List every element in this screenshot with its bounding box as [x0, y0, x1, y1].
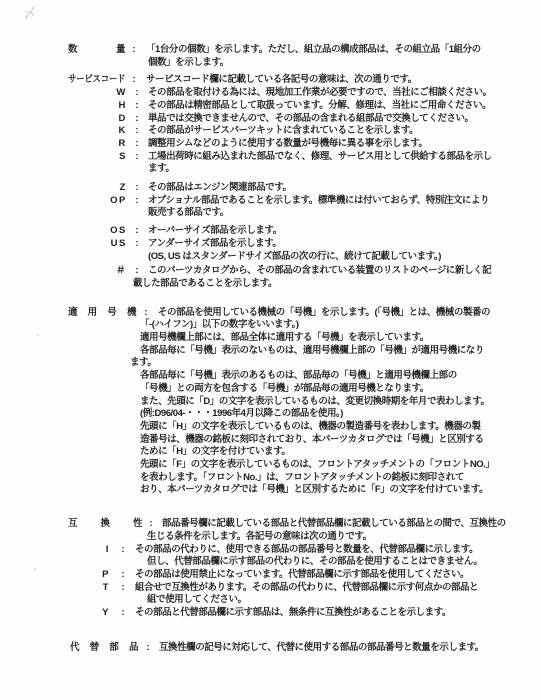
- text-line: 各部品毎に「号機」表示のあるものは、部品毎の「号機」と適用号機欄上部の: [140, 370, 457, 382]
- doc-line-41: Y:その部品と代替部品欄に示す部品は、無条件に互換性があることを示します。: [0, 607, 541, 620]
- text-line: (例:D96/04-・・・1996年4月以降この部品を使用。): [140, 408, 343, 420]
- doc-line-32: を表わします。「フロントNo.」は、フロントアタッチメントの銘板に刻印されて: [0, 472, 541, 485]
- colon-separator: :: [134, 225, 140, 237]
- doc-line-13: 販売する部品です。: [0, 207, 541, 220]
- section-label-interchangeability: 互換性: [68, 518, 142, 530]
- code-symbol: Z: [94, 182, 127, 194]
- text-line: その部品がサービスパーツキットに含まれていることを示します。: [148, 125, 418, 137]
- doc-line-9: S:工場出荷時に組み込まれた部品でなく、修理、サービス用として供給する部品を示し: [0, 151, 541, 164]
- code-symbol: D: [94, 113, 127, 125]
- code-symbol: OP: [94, 195, 127, 207]
- doc-line-40: 組で使用してください。: [0, 594, 541, 607]
- text-line: 造番号は、機器の銘板に刻印されており、本パーツカタログでは「号機」と区別する: [140, 434, 484, 446]
- doc-line-29: 造番号は、機器の銘板に刻印されており、本パーツカタログでは「号機」と区別する: [0, 434, 541, 447]
- text-line: 組合せで互換性があります。その部品の代わりに、代替部品欄に示す何点かの部品と: [135, 582, 478, 594]
- text-line: 先頭に「H」の文字を表示しているものは、機器の製造番号を表わします。機器の製: [140, 421, 481, 433]
- doc-line-21: 適用号機欄上部には、部品全体に適用する「号機」を表示しています。: [0, 332, 541, 345]
- code-symbol: Y: [97, 607, 110, 619]
- doc-line-19: 適用号機:その部品を使用している機械の「号機」を示します。(「号機」とは、機械の…: [0, 307, 541, 320]
- doc-line-3: サービスコード:サービスコード欄に記載している各記号の意味は、次の通りです。: [0, 74, 541, 87]
- section-label-substitute-parts: 代替部品: [70, 642, 138, 654]
- text-line: (OS, US はスタンダードサイズ部品の次の行に、続けて記載しています。): [148, 251, 441, 263]
- code-symbol: R: [94, 138, 127, 150]
- text-line: 但し、代替部品欄に示す部品の代わりに、その部品を使用することはできません。: [147, 556, 482, 568]
- doc-line-27: (例:D96/04-・・・1996年4月以降この部品を使用。): [0, 408, 541, 421]
- text-line: その部品は精密部品として取扱っています。分解、修理は、当社にご用命ください。: [148, 100, 491, 112]
- text-line: 単品では交換できませんので、その部品の含まれる組部品で交換してください。: [148, 113, 474, 125]
- text-line: 調整用シムなどのように使用する数量が号機毎に異る事を示します。: [148, 138, 427, 150]
- doc-line-30: ために「H」の文字を付けています。: [0, 446, 541, 459]
- text-line: ます。: [130, 357, 156, 369]
- text-line: その部品の代わりに、使用できる部品の部品番号と数量を、代替部品欄に示します。: [135, 544, 478, 556]
- code-symbol: OS: [94, 225, 127, 237]
- text-line: このパーツカタログから、その部品の含まれている装置のリストのページに新しく記: [148, 265, 491, 277]
- doc-line-4: W:その部品を取付ける為には、現地加工作業が必要ですので、当社にご相談ください。: [0, 87, 541, 100]
- doc-line-18: 載した部品であることを示します。: [0, 278, 541, 291]
- doc-line-36: I:その部品の代わりに、使用できる部品の部品番号と数量を、代替部品欄に示します。: [0, 544, 541, 557]
- text-line: アンダーサイズ部品を示します。: [148, 238, 281, 250]
- colon-separator: :: [134, 182, 140, 194]
- colon-separator: :: [131, 74, 137, 86]
- colon-separator: :: [134, 125, 140, 137]
- doc-line-8: R:調整用シムなどのように使用する数量が号機毎に異る事を示します。: [0, 138, 541, 151]
- doc-line-7: K:その部品がサービスパーツキットに含まれていることを示します。: [0, 125, 541, 138]
- code-symbol: W: [94, 87, 127, 99]
- section-label-applicable-serial: 適用号機: [68, 307, 136, 319]
- doc-line-26: また、先頭に「D」の文字を表示しているものは、変更切換時期を年月で表わします。: [0, 396, 541, 409]
- doc-line-34: 互換性:部品番号欄に記載している部品と代替部品欄に記載している部品との間で、互換…: [0, 518, 541, 531]
- colon-separator: :: [120, 569, 126, 581]
- colon-separator: :: [120, 582, 126, 594]
- text-line: 先頭に「F」の文字を表示しているものは、フロントアタッチメントの「フロントNO.…: [140, 459, 494, 471]
- doc-line-11: Z:その部品はエンジン関連部品です。: [0, 182, 541, 195]
- text-line: ます。: [148, 163, 174, 175]
- code-symbol: K: [94, 125, 127, 137]
- text-line: その部品を取付ける為には、現地加工作業が必要ですので、当社にご相談ください。: [148, 87, 492, 99]
- doc-line-35: 生じる条件を示します。各記号の意味は次の通りです。: [0, 531, 541, 544]
- colon-separator: :: [134, 265, 140, 277]
- doc-line-12: OP:オプショナル部品であることを示します。標準機には付いておらず、特別注文によ…: [0, 195, 541, 208]
- text-line: オーバーサイズ部品を示します。: [148, 225, 282, 237]
- colon-separator: :: [148, 518, 154, 530]
- doc-line-10: ます。: [0, 163, 541, 176]
- code-symbol: P: [97, 569, 110, 581]
- colon-separator: :: [145, 642, 151, 654]
- doc-line-1: 数量:「1台分の個数」を示します。ただし、組立品の構成部品は、その組立品「1組分…: [0, 44, 541, 57]
- colon-separator: :: [134, 100, 140, 112]
- colon-separator: :: [134, 87, 140, 99]
- doc-line-20: 「-(ハイフン)」以下の数字をいいます。): [0, 319, 541, 332]
- code-symbol: T: [97, 582, 110, 594]
- text-line: サービスコード欄に記載している各記号の意味は、次の通りです。: [146, 74, 417, 86]
- text-line: その部品はエンジン関連部品です。: [148, 182, 292, 194]
- colon-separator: :: [134, 138, 140, 150]
- colon-separator: :: [134, 195, 140, 207]
- text-line: 「-(ハイフン)」以下の数字をいいます。): [140, 319, 299, 331]
- text-line: また、先頭に「D」の文字を表示しているものは、変更切換時期を年月で表わします。: [140, 396, 490, 408]
- text-line: 販売する部品です。: [148, 207, 229, 219]
- colon-separator: :: [120, 544, 126, 556]
- text-line: 工場出荷時に組み込まれた部品でなく、修理、サービス用として供給する部品を示し: [148, 151, 492, 163]
- document-page: 〆 数量:「1台分の個数」を示します。ただし、組立品の構成部品は、その組立品「1…: [0, 0, 541, 700]
- colon-separator: :: [134, 238, 140, 250]
- doc-line-31: 先頭に「F」の文字を表示しているものは、フロントアタッチメントの「フロントNO.…: [0, 459, 541, 472]
- text-line: 部品番号欄に記載している部品と代替部品欄に記載している部品との間で、互換性の: [162, 518, 506, 530]
- text-line: 生じる条件を示します。各記号の意味は次の通りです。: [147, 531, 372, 543]
- text-line: 組で使用してください。: [147, 594, 247, 606]
- code-symbol: I: [97, 544, 110, 556]
- colon-separator: :: [134, 151, 140, 163]
- doc-line-39: T:組合せで互換性があります。その部品の代わりに、代替部品欄に示す何点かの部品と: [0, 582, 541, 595]
- text-line: を表わします。「フロントNo.」は、フロントアタッチメントの銘板に刻印されて: [140, 472, 464, 484]
- doc-line-22: 各部品毎に「号機」表示のないものは、適用号機欄上部の「号機」が適用号機になり: [0, 345, 541, 358]
- text-line: 個数」を示します。: [148, 57, 229, 69]
- colon-separator: :: [134, 113, 140, 125]
- text-line: 「号機」との両方を包含する「号機」が部品毎の適用号機となります。: [140, 383, 429, 395]
- code-symbol: S: [94, 151, 127, 163]
- doc-line-25: 「号機」との両方を包含する「号機」が部品毎の適用号機となります。: [0, 383, 541, 396]
- text-line: 各部品毎に「号機」表示のないものは、適用号機欄上部の「号機」が適用号機になり: [140, 345, 484, 357]
- pen-check-mark: 〆: [22, 2, 38, 23]
- doc-line-17: ＃:このパーツカタログから、その部品の含まれている装置のリストのページに新しく記: [0, 265, 541, 278]
- doc-line-33: おり、本パーツカタログでは「号機」と区別するために「F」の文字を付けています。: [0, 484, 541, 497]
- text-line: 適用号機欄上部には、部品全体に適用する「号機」を表示しています。: [140, 332, 429, 344]
- colon-separator: :: [131, 44, 137, 56]
- doc-line-38: P:その部品は使用禁止になっています。代替部品欄に示す部品を使用してください。: [0, 569, 541, 582]
- text-line: 載した部品であることを示します。: [133, 278, 277, 290]
- doc-line-28: 先頭に「H」の文字を表示しているものは、機器の製造番号を表わします。機器の製: [0, 421, 541, 434]
- text-line: その部品と代替部品欄に示す部品は、無条件に互換性があることを示します。: [135, 607, 451, 619]
- text-line: その部品は使用禁止になっています。代替部品欄に示す部品を使用してください。: [135, 569, 469, 581]
- text-line: 「1台分の個数」を示します。ただし、組立品の構成部品は、その組立品「1組分の: [146, 44, 481, 56]
- code-symbol: H: [94, 100, 127, 112]
- text-line: 互換性欄の記号に対応して、代替に使用する部品の部品番号と数量を示します。: [159, 642, 484, 654]
- doc-line-14: OS:オーバーサイズ部品を示します。: [0, 225, 541, 238]
- doc-line-6: D:単品では交換できませんので、その部品の含まれる組部品で交換してください。: [0, 113, 541, 126]
- doc-line-5: H:その部品は精密部品として取扱っています。分解、修理は、当社にご用命ください。: [0, 100, 541, 113]
- text-line: ために「H」の文字を付けています。: [140, 446, 290, 458]
- text-line: その部品を使用している機械の「号機」を示します。(「号機」とは、機械の製番の: [158, 307, 490, 319]
- text-line: オプショナル部品であることを示します。標準機には付いておらず、特別注文により: [148, 195, 489, 207]
- doc-line-16: (OS, US はスタンダードサイズ部品の次の行に、続けて記載しています。): [0, 251, 541, 264]
- doc-line-42: 代替部品:互換性欄の記号に対応して、代替に使用する部品の部品番号と数量を示します…: [0, 642, 541, 655]
- doc-line-24: 各部品毎に「号機」表示のあるものは、部品毎の「号機」と適用号機欄上部の: [0, 370, 541, 383]
- doc-line-15: US:アンダーサイズ部品を示します。: [0, 238, 541, 251]
- code-symbol: US: [94, 238, 127, 250]
- colon-separator: :: [143, 307, 149, 319]
- doc-line-2: 個数」を示します。: [0, 57, 541, 70]
- section-label-quantity: 数量: [68, 44, 125, 56]
- doc-line-37: 但し、代替部品欄に示す部品の代わりに、その部品を使用することはできません。: [0, 556, 541, 569]
- code-symbol: ＃: [94, 265, 127, 277]
- colon-separator: :: [120, 607, 126, 619]
- text-line: おり、本パーツカタログでは「号機」と区別するために「F」の文字を付けています。: [140, 484, 488, 496]
- section-label-service-code: サービスコード: [68, 74, 119, 86]
- doc-line-23: ます。: [0, 357, 541, 370]
